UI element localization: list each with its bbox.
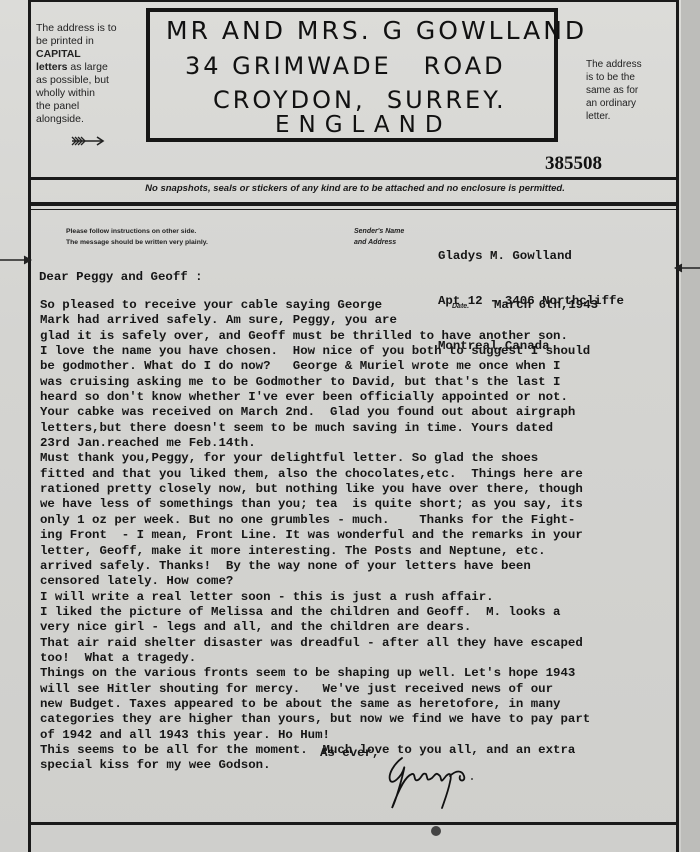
- letter-line: too! What a tragedy.: [40, 651, 590, 666]
- instruction-line: alongside.: [36, 113, 136, 126]
- message-bottom-line: [28, 822, 679, 825]
- instruction-line: as possible, but: [36, 74, 136, 87]
- airgraph-letter-sheet: The address is to be printed in CAPITAL …: [0, 0, 700, 852]
- page-edge-strip: [681, 0, 700, 852]
- instruction-line: as large: [68, 61, 108, 73]
- instruction-line-bold: CAPITAL: [36, 48, 81, 60]
- left-margin-arrow-icon: [0, 255, 34, 265]
- letter-line: I love the name you have chosen. How nic…: [40, 344, 590, 359]
- instruction-line: The message should be written very plain…: [66, 237, 208, 248]
- letter-line: I liked the picture of Melissa and the c…: [40, 605, 590, 620]
- letter-line: Mark had arrived safely. Am sure, Peggy,…: [40, 313, 590, 328]
- left-border: [28, 0, 31, 852]
- instruction-line: letter.: [586, 110, 656, 123]
- letter-line: Things on the various fronts seem to be …: [40, 666, 590, 681]
- handwritten-signature: Gladys: [380, 746, 490, 816]
- instruction-line: same as for: [586, 84, 656, 97]
- top-border: [28, 0, 679, 2]
- letter-line: special kiss for my wee Godson.: [40, 758, 590, 773]
- salutation: Dear Peggy and Geoff :: [39, 270, 203, 284]
- sender-label: Sender's Name and Address: [354, 226, 404, 248]
- instruction-line: an ordinary: [586, 97, 656, 110]
- fold-mark: [431, 826, 441, 836]
- letter-line: we have less of somethings than you; tea…: [40, 497, 590, 512]
- instruction-line: be printed in: [36, 35, 136, 48]
- letter-line: letter, Geoff, make it more interesting.…: [40, 544, 590, 559]
- letter-line: new Budget. Taxes appeared to be about t…: [40, 697, 590, 712]
- enclosure-warning: No snapshots, seals or stickers of any k…: [30, 183, 680, 194]
- letter-line: 23rd Jan.reached me Feb.14th.: [40, 436, 590, 451]
- letter-line: will see Hitler shouting for mercy. We'v…: [40, 682, 590, 697]
- letter-line: So pleased to receive your cable saying …: [40, 298, 590, 313]
- letter-line: letters,but there doesn't seem to be muc…: [40, 421, 590, 436]
- letter-line: This seems to be all for the moment. Muc…: [40, 743, 590, 758]
- sender-label-line: and Address: [354, 237, 404, 248]
- instruction-line: Please follow instructions on other side…: [66, 226, 208, 237]
- letter-line: rationed pretty closely now, but nothing…: [40, 482, 590, 497]
- letter-line: ing Front - I mean, Front Line. It was w…: [40, 528, 590, 543]
- sender-name: Gladys M. Gowlland: [438, 249, 624, 264]
- letter-line: glad it is safely over, and Geoff must b…: [40, 329, 590, 344]
- return-address-instructions: The address is to be the same as for an …: [586, 58, 656, 123]
- letter-line: of 1942 and all 1943 this year. Ho Hum!: [40, 728, 590, 743]
- sender-label-line: Sender's Name: [354, 226, 404, 237]
- closing: As ever,: [320, 746, 380, 760]
- letter-line: be godmother. What do I do now? George &…: [40, 359, 590, 374]
- address-line-3: CROYDON, SURREY.: [213, 86, 507, 114]
- address-line-1: MR AND MRS. G GOWLLAND: [166, 16, 587, 45]
- letter-body: So pleased to receive your cable saying …: [40, 298, 590, 774]
- right-margin-arrow-icon: [672, 263, 700, 273]
- address-section-bottom-line: [28, 177, 679, 180]
- instruction-line-bold: letters: [36, 61, 68, 73]
- letter-line: Must thank you,Peggy, for your delightfu…: [40, 451, 590, 466]
- address-instructions: The address is to be printed in CAPITAL …: [36, 22, 136, 126]
- letter-line: arrived safely. Thanks! By the way none …: [40, 559, 590, 574]
- letter-line: only 1 oz per week. But no one grumbles …: [40, 513, 590, 528]
- instruction-line: The address is to: [36, 22, 136, 35]
- message-instructions: Please follow instructions on other side…: [66, 226, 208, 248]
- letter-line: I will write a real letter soon - this i…: [40, 590, 590, 605]
- letter-line: censored lately. How come?: [40, 574, 590, 589]
- serial-number: 385508: [545, 153, 602, 175]
- warning-bottom-line: [28, 202, 679, 206]
- instruction-line: The address: [586, 58, 656, 71]
- letter-line: That air raid shelter disaster was dread…: [40, 636, 590, 651]
- letter-line: heard so don't know whether I've ever be…: [40, 390, 590, 405]
- warning-bottom-line-thin: [28, 209, 679, 210]
- instruction-line: wholly within: [36, 87, 136, 100]
- address-line-4: ENGLAND: [275, 112, 452, 138]
- right-border: [676, 0, 679, 852]
- instruction-line: the panel: [36, 100, 136, 113]
- letter-line: fitted and that you liked them, also the…: [40, 467, 590, 482]
- address-line-2: 34 GRIMWADE ROAD: [185, 52, 506, 80]
- letter-line: Your cabke was received on March 2nd. Gl…: [40, 405, 590, 420]
- letter-line: very nice girl - legs and all, and the c…: [40, 620, 590, 635]
- letter-line: was cruising asking me to be Godmother t…: [40, 375, 590, 390]
- arrow-right-icon: [70, 135, 106, 147]
- letter-line: categories they are higher than yours, b…: [40, 712, 590, 727]
- instruction-line: is to be the: [586, 71, 656, 84]
